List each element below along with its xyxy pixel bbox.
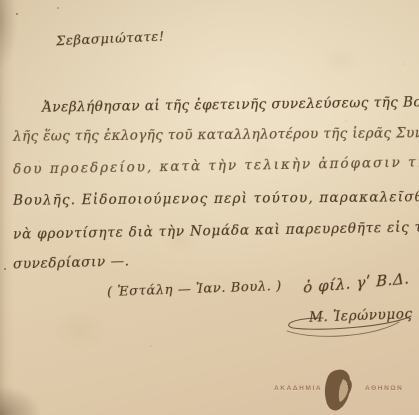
letter-salutation: Σεβασμιώτατε! xyxy=(56,30,165,50)
athena-head-emblem xyxy=(322,368,354,412)
letter-body-line: δου προεδρείου, κατὰ τὴν τελικὴν ἀπόφασι… xyxy=(13,154,419,177)
academy-stamp: ΑΚΑΔΗΜΙΑ ΑΘΗΝΩΝ xyxy=(272,366,412,414)
letter-valediction: ὁ φίλ. γʹ Β.Δ. xyxy=(303,269,410,296)
letter-body-line: λῆς ἕως τῆς ἐκλογῆς τοῦ καταλληλοτέρου τ… xyxy=(13,125,419,145)
signature-flourish xyxy=(281,300,416,345)
letter-dateline: ( Ἐστάλη — Ἰαν. Βουλ. ) xyxy=(107,279,282,300)
letter-body-line: Ἀνεβλήθησαν αἱ τῆς ἐφετεινῆς συνελεύσεως… xyxy=(42,94,419,115)
scanned-letter-page: Σεβασμιώτατε! Ἀνεβλήθησαν αἱ τῆς ἐφετειν… xyxy=(0,0,419,415)
stamp-left-text: ΑΚΑΔΗΜΙΑ xyxy=(274,385,322,392)
paper-specks xyxy=(0,0,2,2)
letter-body-line: νὰ φροντίσητε διὰ τὴν Νομάδα καὶ παρευρε… xyxy=(13,219,419,242)
letter-body-line: Βουλῆς. Εἰδοποιούμενος περὶ τούτου, παρα… xyxy=(13,189,419,209)
stamp-right-text: ΑΘΗΝΩΝ xyxy=(365,385,403,392)
letter-body-line: συνεδρίασιν —. xyxy=(13,253,130,272)
